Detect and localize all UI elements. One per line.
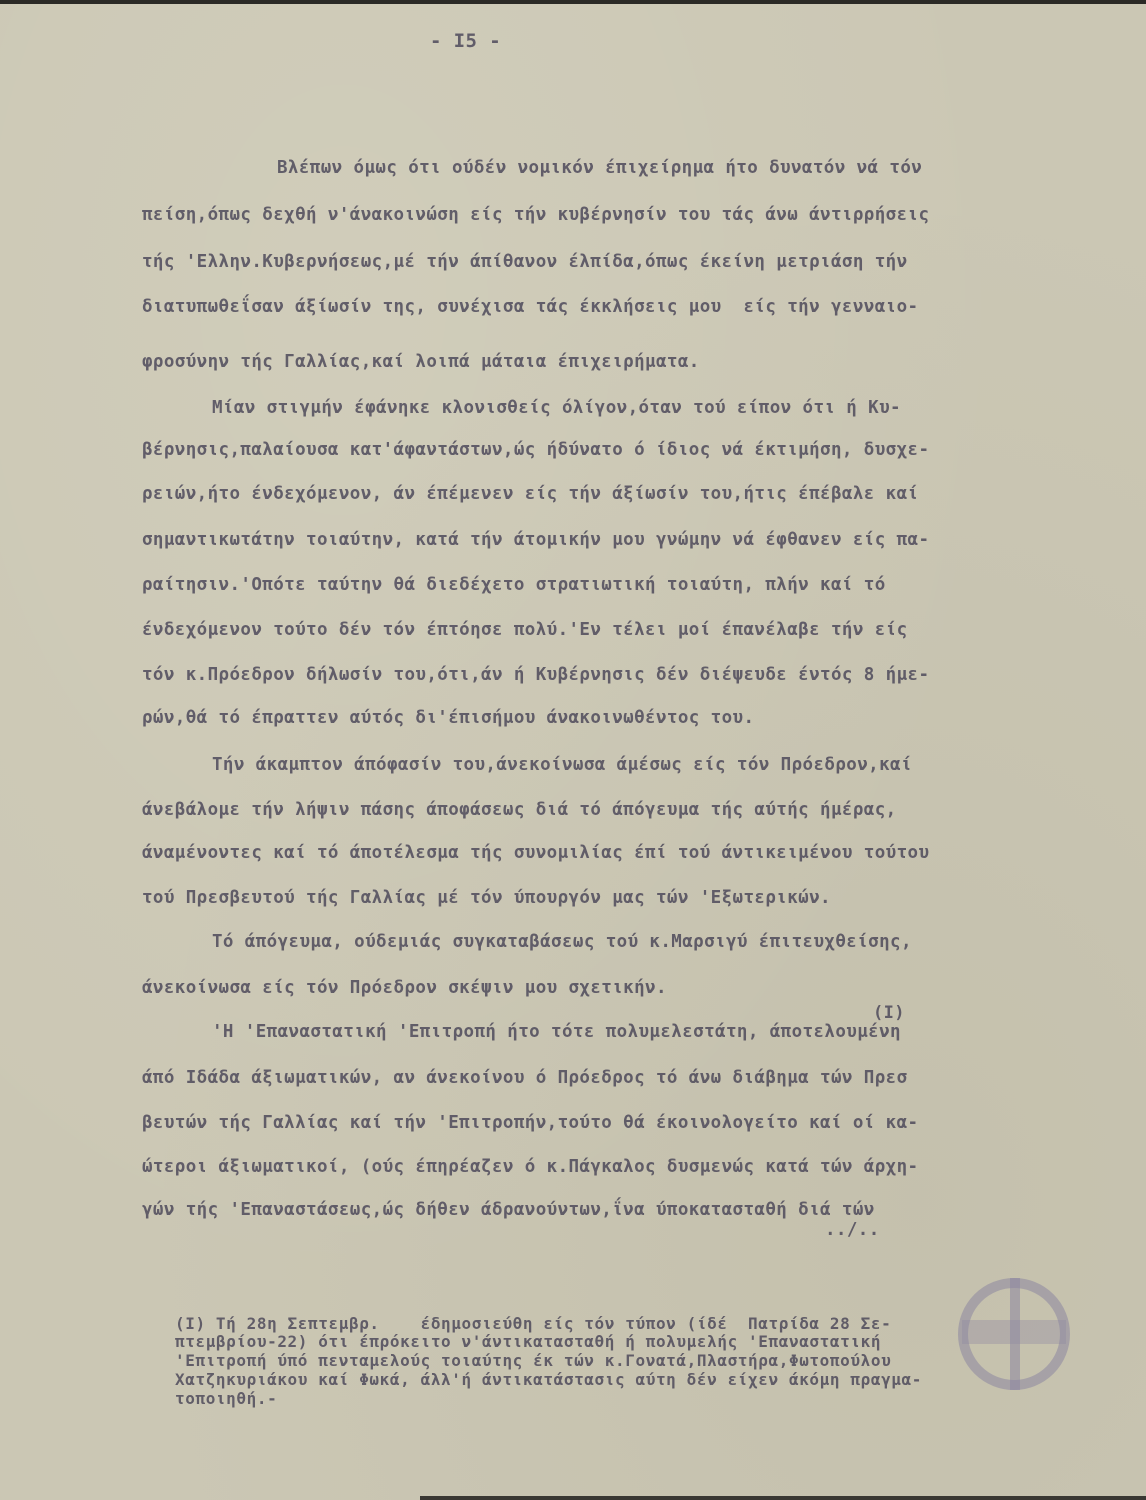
- document-page: - I5 - Βλέπων όμως ότι ούδέν νομικόν έπι…: [0, 0, 1146, 1500]
- footnote-line: πτεμβρίου-22) ότι έπρόκειτο ν'άντικαταστ…: [175, 1332, 881, 1351]
- footnote-line: 'Επιτροπή ύπό πενταμελούς τοιαύτης έκ τώ…: [175, 1351, 891, 1370]
- text-line: γών τής 'Επαναστάσεως,ώς δήθεν άδρανούντ…: [142, 1200, 875, 1220]
- footnote-line: (I) Τή 28η Σεπτεμβρ. έδημοσιεύθη είς τόν…: [175, 1314, 891, 1333]
- text-line: ένδεχόμενον τούτο δέν τόν έπτόησε πολύ.'…: [142, 620, 908, 640]
- text-line: ρειών,ήτο ένδεχόμενον, άν έπέμενεν είς τ…: [142, 484, 918, 504]
- text-line: 'Η 'Επαναστατική 'Επιτροπή ήτο τότε πολυ…: [212, 1022, 901, 1042]
- footnote-reference-marker: (I): [873, 1003, 905, 1023]
- text-line: άνεβάλομε τήν λήψιν πάσης άποφάσεως διά …: [142, 800, 897, 820]
- text-line: άπό Ιδάδα άξιωματικών, αν άνεκοίνου ό Πρ…: [142, 1068, 908, 1088]
- scan-top-edge: [0, 0, 1146, 4]
- text-line: ρών,θά τό έπραττεν αύτός δι'έπισήμου άνα…: [142, 708, 754, 728]
- text-line: ώτεροι άξιωματικοί, (ούς έπηρέαζεν ό κ.Π…: [142, 1157, 918, 1177]
- footnote-line: τοποιηθή.-: [175, 1389, 277, 1408]
- text-line: φροσύνην τής Γαλλίας,καί λοιπά μάταια έπ…: [142, 352, 700, 372]
- text-line: ραίτησιν.'Οπότε ταύτην θά διεδέχετο στρα…: [142, 575, 886, 595]
- text-line: τόν κ.Πρόεδρον δήλωσίν του,ότι,άν ή Κυβέ…: [142, 665, 929, 685]
- scan-bottom-edge: [420, 1496, 1146, 1500]
- text-line: σημαντικωτάτην τοιαύτην, κατά τήν άτομικ…: [142, 530, 929, 550]
- text-line: πείση,όπως δεχθή ν'άνακοινώση είς τήν κυ…: [142, 205, 929, 225]
- text-line: διατυπωθεΐσαν άξίωσίν της, συνέχισα τάς …: [142, 297, 918, 317]
- archive-stamp-icon-band: [962, 1320, 1066, 1344]
- text-line: Μίαν στιγμήν έφάνηκε κλονισθείς όλίγον,ό…: [212, 398, 901, 418]
- text-line: τής 'Ελλην.Κυβερνήσεως,μέ τήν άπίθανον έ…: [142, 252, 908, 272]
- continuation-mark: ../..: [825, 1220, 880, 1240]
- text-line: Τήν άκαμπτον άπόφασίν του,άνεκοίνωσα άμέ…: [212, 755, 912, 775]
- footnote-line: Χατζηκυριάκου καί Φωκά, άλλ'ή άντικατάστ…: [175, 1370, 922, 1389]
- text-line: τού Πρεσβευτού τής Γαλλίας μέ τόν ύπουργ…: [142, 888, 831, 908]
- text-line: άναμένοντες καί τό άποτέλεσμα τής συνομι…: [142, 843, 929, 863]
- text-line: βέρνησις,παλαίουσα κατ'άφαντάστων,ώς ήδύ…: [142, 440, 929, 460]
- text-line: βευτών τής Γαλλίας καί τήν 'Επιτροπήν,το…: [142, 1113, 918, 1133]
- text-line: Βλέπων όμως ότι ούδέν νομικόν έπιχείρημα…: [277, 158, 922, 178]
- text-line: Τό άπόγευμα, ούδεμιάς συγκαταβάσεως τού …: [212, 932, 912, 952]
- text-line: άνεκοίνωσα είς τόν Πρόεδρον σκέψιν μου σ…: [142, 978, 667, 998]
- page-number: - I5 -: [430, 30, 501, 52]
